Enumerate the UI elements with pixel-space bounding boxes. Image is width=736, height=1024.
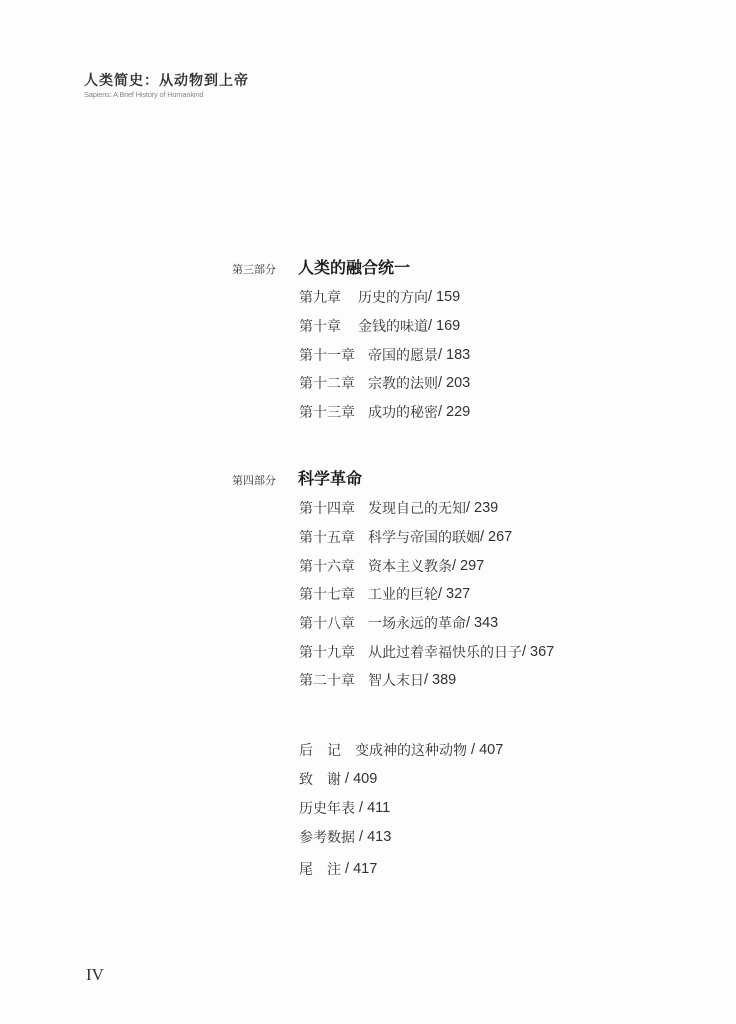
chapter-number: 第十三章 — [299, 402, 355, 422]
part-title: 科学革命 — [298, 466, 362, 489]
toc-entry[interactable]: 第十章金钱的味道 / 169 — [299, 312, 470, 341]
toc-entry[interactable]: 第十三章成功的秘密 / 229 — [299, 398, 470, 427]
chapter-page: / 343 — [466, 615, 498, 631]
chapter-page: / 229 — [438, 404, 470, 420]
entry-page: / 409 — [341, 771, 377, 787]
chapter-page: / 267 — [480, 529, 512, 545]
chapter-number: 第十七章 — [299, 584, 355, 604]
chapter-number: 第十二章 — [299, 373, 355, 393]
entry-label: 后 记 变成神的这种动物 — [299, 740, 467, 760]
chapter-number: 第十四章 — [299, 498, 355, 518]
chapter-title: 资本主义教条 — [368, 556, 452, 576]
chapter-page: / 203 — [438, 375, 470, 391]
chapter-number: 第十八章 — [299, 613, 355, 633]
chapter-page: / 297 — [452, 558, 484, 574]
entry-label: 致 谢 — [299, 769, 341, 789]
chapter-page: / 327 — [438, 586, 470, 602]
entry-page: / 407 — [467, 742, 503, 758]
toc-entry[interactable]: 第十一章帝国的愿景 / 183 — [299, 340, 470, 369]
entry-label: 参考数据 — [299, 827, 355, 847]
entry-label: 尾 注 — [299, 859, 341, 879]
running-header: 人类简史：从动物到上帝 Sapiens: A Brief History of … — [84, 72, 249, 100]
chapter-title: 从此过着幸福快乐的日子 — [368, 642, 522, 662]
chapter-title: 发现自己的无知 — [368, 498, 466, 518]
chapter-number: 第十章 — [299, 316, 341, 336]
chapter-number: 第十九章 — [299, 642, 355, 662]
book-subtitle: Sapiens: A Brief History of Humankind — [84, 90, 249, 100]
part-3: 第三部分 人类的融合统一 第九章历史的方向 / 159 第十章金钱的味道 / 1… — [232, 255, 470, 426]
chapter-page: / 183 — [438, 347, 470, 363]
toc-entry[interactable]: 第十五章科学与帝国的联姻 / 267 — [299, 523, 554, 552]
part-4: 第四部分 科学革命 第十四章发现自己的无知 / 239 第十五章科学与帝国的联姻… — [232, 466, 554, 695]
toc-entry-timeline[interactable]: 历史年表 / 411 — [299, 793, 503, 822]
chapter-title: 智人末日 — [368, 670, 424, 690]
toc-entry[interactable]: 第九章历史的方向 / 159 — [299, 283, 470, 312]
chapter-title: 成功的秘密 — [368, 402, 438, 422]
book-title: 人类简史：从动物到上帝 — [84, 72, 249, 90]
entry-page: / 413 — [355, 829, 391, 845]
part-label: 第三部分 — [232, 261, 298, 277]
part-label: 第四部分 — [232, 472, 298, 488]
toc-entry[interactable]: 第十六章资本主义教条 / 297 — [299, 551, 554, 580]
toc-entry[interactable]: 第十七章工业的巨轮 / 327 — [299, 580, 554, 609]
chapter-page: / 169 — [428, 318, 460, 334]
chapter-title: 金钱的味道 — [358, 316, 428, 336]
chapter-title: 工业的巨轮 — [368, 584, 438, 604]
chapter-number: 第十六章 — [299, 556, 355, 576]
chapter-number: 第十一章 — [299, 345, 355, 365]
toc-entry-acknowledgements[interactable]: 致 谢 / 409 — [299, 764, 503, 793]
chapter-title: 一场永远的革命 — [368, 613, 466, 633]
toc-entry[interactable]: 第十四章发现自己的无知 / 239 — [299, 494, 554, 523]
toc-entry[interactable]: 第十九章从此过着幸福快乐的日子 / 367 — [299, 637, 554, 666]
chapter-title: 宗教的法则 — [368, 373, 438, 393]
toc-entry[interactable]: 第二十章智人末日 / 389 — [299, 666, 554, 695]
toc-entry-notes[interactable]: 尾 注 / 417 — [299, 854, 503, 883]
entry-page: / 417 — [341, 861, 377, 877]
chapter-page: / 367 — [522, 644, 554, 660]
chapter-title: 科学与帝国的联姻 — [368, 527, 480, 547]
toc-entry-references[interactable]: 参考数据 / 413 — [299, 822, 503, 851]
chapter-number: 第二十章 — [299, 670, 355, 690]
chapter-page: / 239 — [466, 500, 498, 516]
toc-entry[interactable]: 第十二章宗教的法则 / 203 — [299, 369, 470, 398]
entry-page: / 411 — [355, 800, 390, 816]
chapter-title: 历史的方向 — [358, 287, 428, 307]
toc-entry-afterword[interactable]: 后 记 变成神的这种动物 / 407 — [299, 735, 503, 764]
toc-entry[interactable]: 第十八章一场永远的革命 / 343 — [299, 609, 554, 638]
chapter-title: 帝国的愿景 — [368, 345, 438, 365]
back-matter: 后 记 变成神的这种动物 / 407 致 谢 / 409 历史年表 / 411 … — [299, 735, 503, 883]
page-number: IV — [86, 965, 104, 985]
chapter-number: 第九章 — [299, 287, 341, 307]
chapter-number: 第十五章 — [299, 527, 355, 547]
part-title: 人类的融合统一 — [298, 255, 410, 278]
entry-label: 历史年表 — [299, 798, 355, 818]
chapter-page: / 389 — [424, 672, 456, 688]
chapter-page: / 159 — [428, 289, 460, 305]
